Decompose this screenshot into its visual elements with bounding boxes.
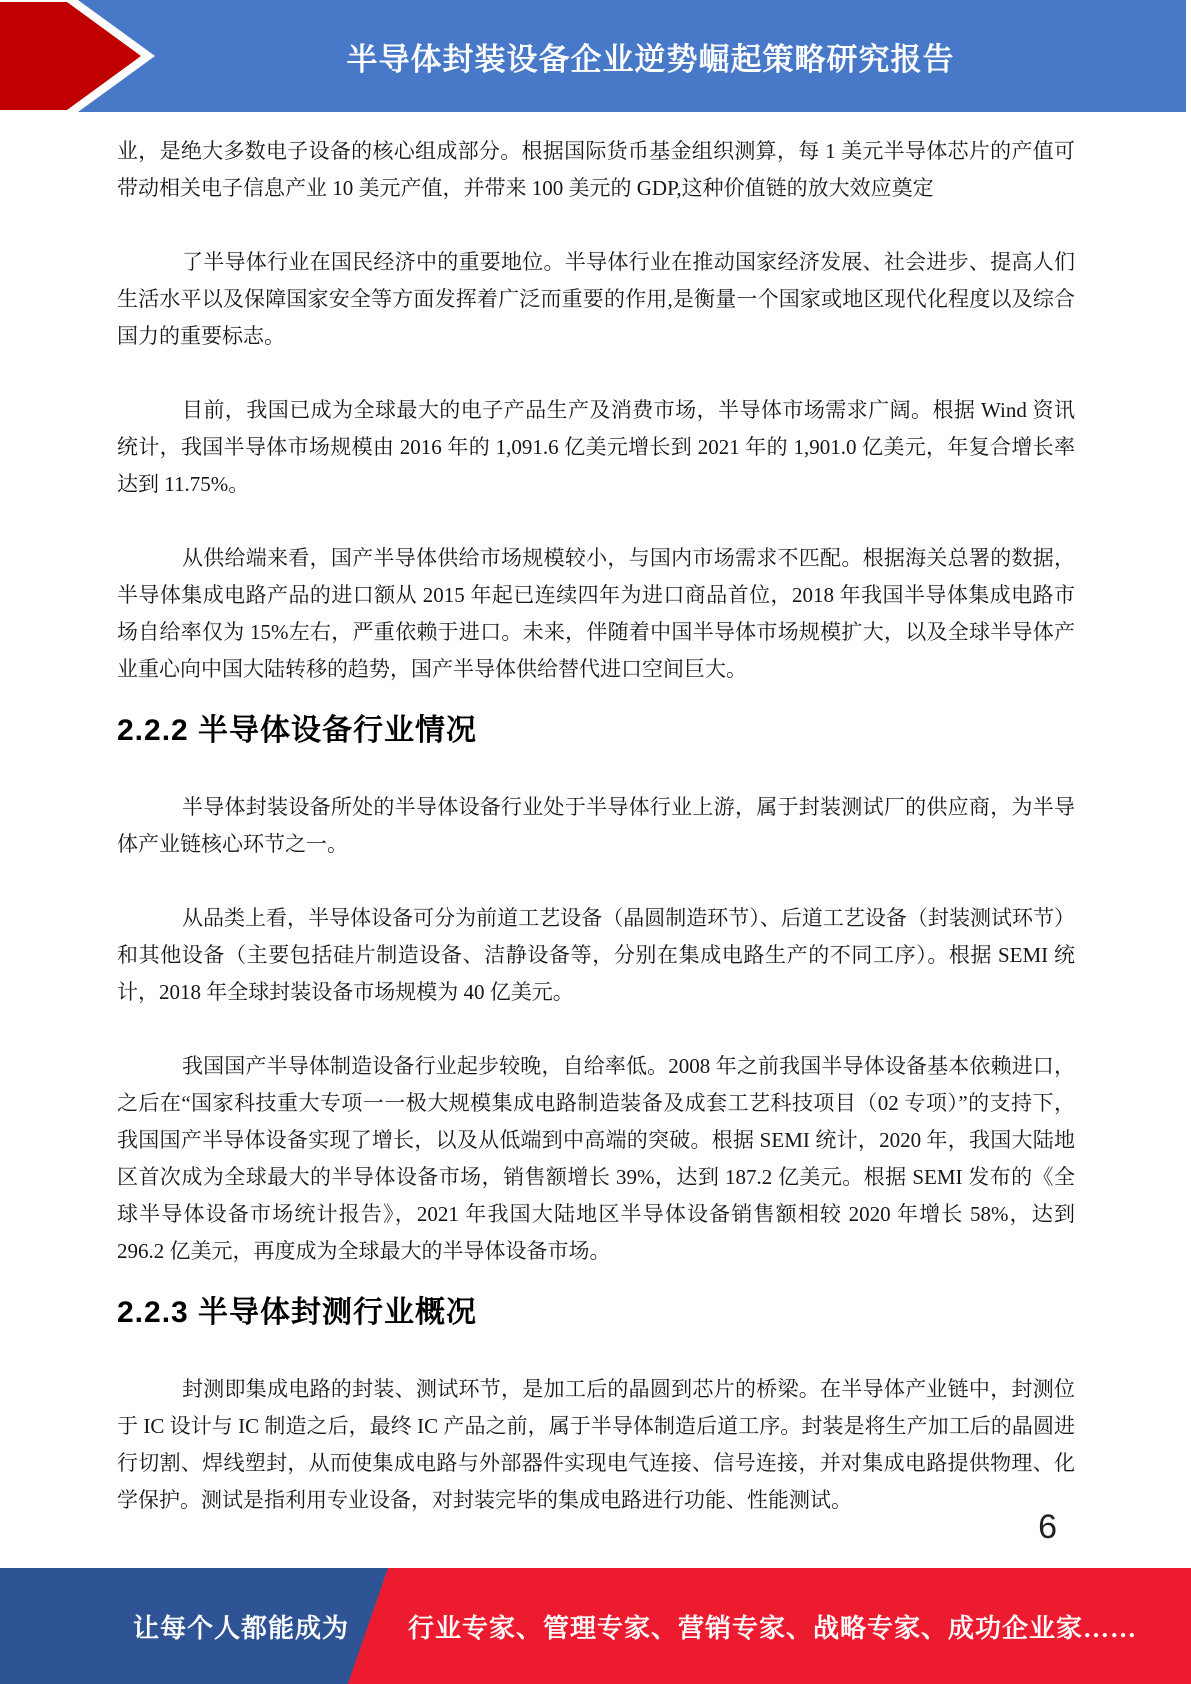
footer-slogan-right: 行业专家、管理专家、营销专家、战略专家、成功企业家…… (408, 1568, 1137, 1684)
page-title: 半导体封装设备企业逆势崛起策略研究报告 (170, 0, 1131, 112)
paragraph: 半导体封装设备所处的半导体设备行业处于半导体行业上游，属于封装测试厂的供应商，为… (117, 789, 1075, 863)
page-number: 6 (1038, 1508, 1057, 1547)
header-banner: 半导体封装设备企业逆势崛起策略研究报告 (0, 0, 1186, 112)
report-page: 半导体封装设备企业逆势崛起策略研究报告 业，是绝大多数电子设备的核心组成部分。根… (0, 0, 1191, 1684)
paragraph: 了半导体行业在国民经济中的重要地位。半导体行业在推动国家经济发展、社会进步、提高… (117, 244, 1075, 355)
document-body: 业，是绝大多数电子设备的核心组成部分。根据国际货币基金组织测算，每 1 美元半导… (117, 133, 1075, 1519)
paragraph: 目前，我国已成为全球最大的电子产品生产及消费市场，半导体市场需求广阔。根据 Wi… (117, 392, 1075, 503)
paragraph: 我国国产半导体制造设备行业起步较晚，自给率低。2008 年之前我国半导体设备基本… (117, 1048, 1075, 1270)
paragraph: 从品类上看，半导体设备可分为前道工艺设备（晶圆制造环节）、后道工艺设备（封装测试… (117, 900, 1075, 1011)
paragraph: 从供给端来看，国产半导体供给市场规模较小，与国内市场需求不匹配。根据海关总署的数… (117, 540, 1075, 688)
section-heading-2-2-2: 2.2.2 半导体设备行业情况 (117, 710, 1075, 752)
footer-banner: 让每个人都能成为 行业专家、管理专家、营销专家、战略专家、成功企业家…… (0, 1568, 1191, 1684)
footer-slogan-left: 让每个人都能成为 (133, 1568, 349, 1684)
paragraph: 封测即集成电路的封装、测试环节，是加工后的晶圆到芯片的桥梁。在半导体产业链中，封… (117, 1371, 1075, 1519)
paragraph: 业，是绝大多数电子设备的核心组成部分。根据国际货币基金组织测算，每 1 美元半导… (117, 133, 1075, 207)
section-heading-2-2-3: 2.2.3 半导体封测行业概况 (117, 1292, 1075, 1334)
red-chevron-arrow-icon (0, 0, 170, 112)
